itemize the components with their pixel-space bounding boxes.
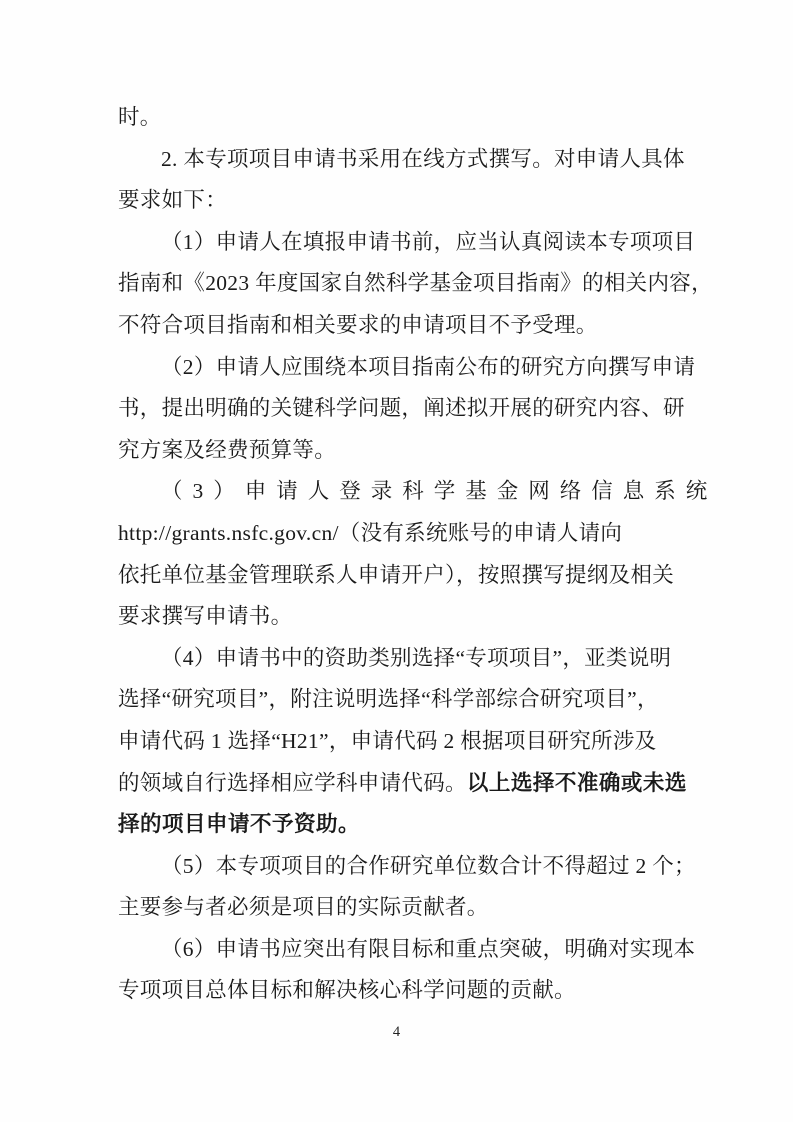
text-line: 选择“研究项目”，附注说明选择“科学部综合研究项目”， [118, 679, 718, 721]
text-line: 要求撰写申请书。 [118, 596, 718, 638]
body-text: 指南和《2023 年度国家自然科学基金项目指南》的相关内容， [118, 271, 713, 295]
body-text: （5）本专项项目的合作研究单位数合计不得超过 2 个； [161, 854, 696, 878]
text-line: （2）申请人应围绕本项目指南公布的研究方向撰写申请 [118, 347, 718, 389]
body-text: http://grants.nsfc.gov.cn/（没有系统账号的申请人请向 [118, 521, 622, 545]
text-line: http://grants.nsfc.gov.cn/（没有系统账号的申请人请向 [118, 513, 718, 555]
body-text: 要求撰写申请书。 [118, 604, 292, 628]
document-text: 时。2. 本专项项目申请书采用在线方式撰写。对申请人具体要求如下：（1）申请人在… [118, 97, 718, 1012]
text-line: 主要参与者必须是项目的实际贡献者。 [118, 887, 718, 929]
body-text: 2. 本专项项目申请书采用在线方式撰写。对申请人具体 [161, 147, 685, 171]
bold-emphasis-text: 以上选择不准确或未选 [467, 771, 687, 795]
body-text: （1）申请人在填报申请书前，应当认真阅读本专项项目 [161, 230, 695, 254]
text-line: 不符合项目指南和相关要求的申请项目不予受理。 [118, 305, 718, 347]
text-line: 择的项目申请不予资助。 [118, 804, 718, 846]
bold-emphasis-text: 择的项目申请不予资助。 [118, 812, 360, 836]
body-text: （2）申请人应围绕本项目指南公布的研究方向撰写申请 [161, 355, 695, 379]
text-line: （4）申请书中的资助类别选择“专项项目”，亚类说明 [118, 638, 718, 680]
body-text: 不符合项目指南和相关要求的申请项目不予受理。 [118, 313, 598, 337]
body-text: 时。 [118, 105, 162, 129]
page-number: 4 [0, 1020, 793, 1044]
text-line: 书，提出明确的关键科学问题，阐述拟开展的研究内容、研 [118, 388, 718, 430]
body-text: 申请代码 1 选择“H21”，申请代码 2 根据项目研究所涉及 [118, 729, 656, 753]
text-line: 指南和《2023 年度国家自然科学基金项目指南》的相关内容， [118, 263, 718, 305]
body-text: 主要参与者必须是项目的实际贡献者。 [118, 895, 489, 919]
text-line: 2. 本专项项目申请书采用在线方式撰写。对申请人具体 [118, 139, 718, 181]
text-line: （6）申请书应突出有限目标和重点突破，明确对实现本 [118, 929, 718, 971]
text-line: （5）本专项项目的合作研究单位数合计不得超过 2 个； [118, 846, 718, 888]
text-line: 时。 [118, 97, 718, 139]
body-text: （4）申请书中的资助类别选择“专项项目”，亚类说明 [161, 646, 671, 670]
text-line: （3）申请人登录科学基金网络信息系统 [118, 471, 718, 513]
body-text: （6）申请书应突出有限目标和重点突破，明确对实现本 [161, 937, 695, 961]
body-text: 依托单位基金管理联系人申请开户），按照撰写提纲及相关 [118, 563, 674, 587]
text-line: 要求如下： [118, 180, 718, 222]
text-line: 专项项目总体目标和解决核心科学问题的贡献。 [118, 970, 718, 1012]
body-text: 要求如下： [118, 188, 227, 212]
body-text: 书，提出明确的关键科学问题，阐述拟开展的研究内容、研 [118, 396, 685, 420]
text-line: 的领域自行选择相应学科申请代码。以上选择不准确或未选 [118, 763, 718, 805]
body-text: （3）申请人登录科学基金网络信息系统 [161, 479, 717, 503]
body-text: 选择“研究项目”，附注说明选择“科学部综合研究项目”， [118, 687, 659, 711]
text-line: 申请代码 1 选择“H21”，申请代码 2 根据项目研究所涉及 [118, 721, 718, 763]
text-line: （1）申请人在填报申请书前，应当认真阅读本专项项目 [118, 222, 718, 264]
body-text: 究方案及经费预算等。 [118, 438, 336, 462]
text-line: 依托单位基金管理联系人申请开户），按照撰写提纲及相关 [118, 555, 718, 597]
body-text: 专项项目总体目标和解决核心科学问题的贡献。 [118, 978, 576, 1002]
text-line: 究方案及经费预算等。 [118, 430, 718, 472]
body-text: 的领域自行选择相应学科申请代码。 [118, 771, 467, 795]
document-page: 时。2. 本专项项目申请书采用在线方式撰写。对申请人具体要求如下：（1）申请人在… [0, 0, 793, 1122]
